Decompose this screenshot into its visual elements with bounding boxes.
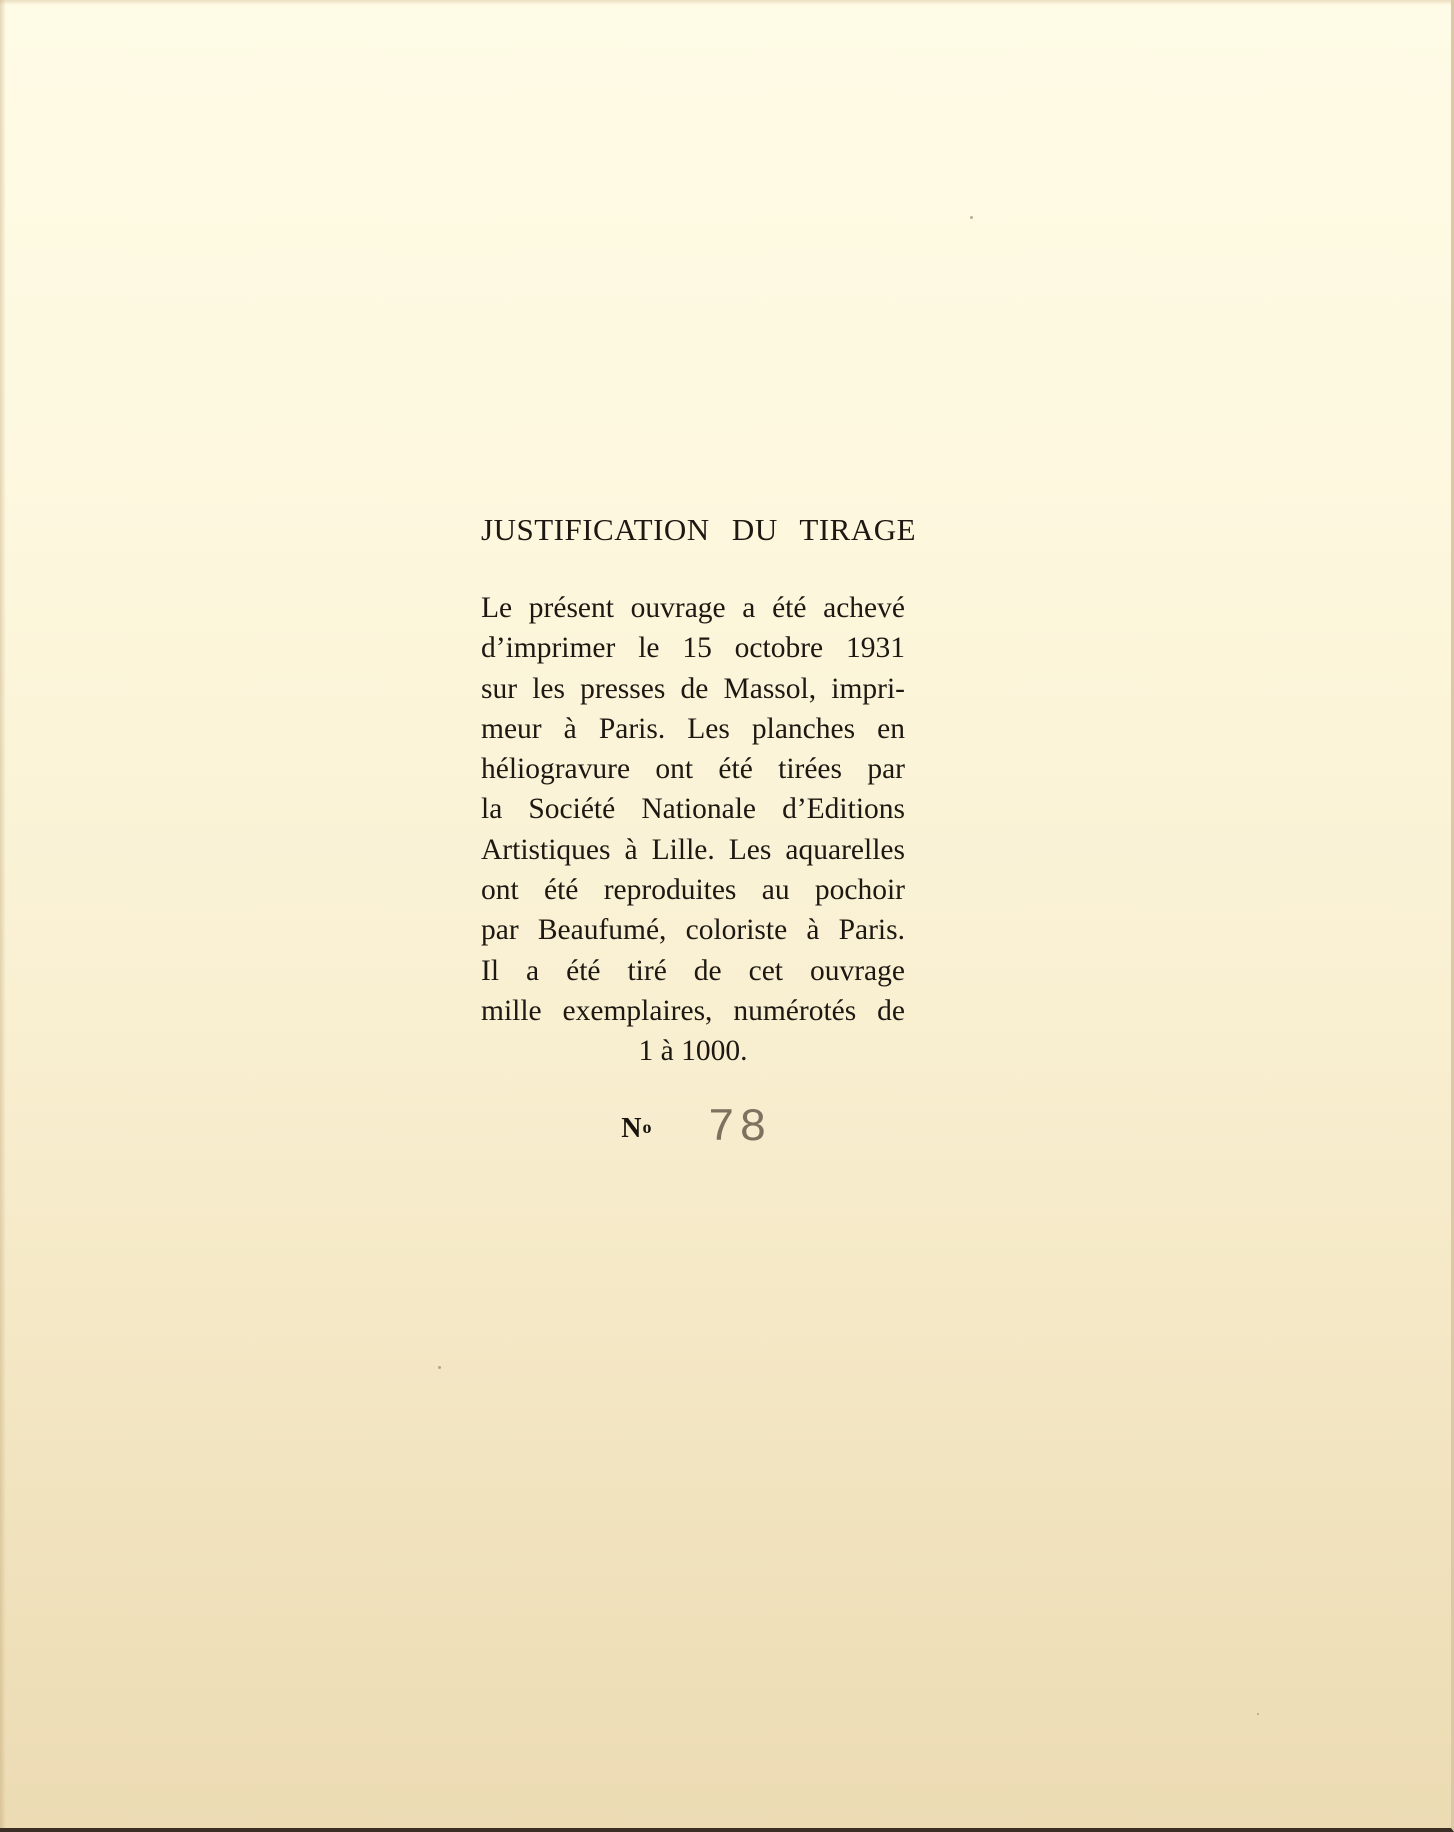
- paper-speck: [970, 216, 973, 219]
- colophon-line: ont été reproduites au pochoir: [481, 870, 905, 910]
- colophon-line: d’imprimer le 15 octobre 1931: [481, 628, 905, 668]
- colophon-block: JUSTIFICATION DU TIRAGE Le présent ouvra…: [481, 510, 905, 1154]
- colophon-line: sur les presses de Massol, impri-: [481, 669, 905, 709]
- numero-label-sup: o: [643, 1117, 652, 1137]
- colophon-line: héliogravure ont été tirées par: [481, 749, 905, 789]
- colophon-line: mille exemplaires, numérotés de: [481, 991, 905, 1031]
- stamped-copy-number: 78: [708, 1102, 771, 1154]
- colophon-line-last: 1 à 1000.: [481, 1031, 905, 1071]
- book-page: JUSTIFICATION DU TIRAGE Le présent ouvra…: [0, 0, 1454, 1832]
- numero-label-main: N: [621, 1113, 641, 1144]
- copy-number-line: No78: [481, 1102, 905, 1154]
- paper-speck: [1257, 1713, 1259, 1715]
- colophon-line: Artistiques à Lille. Les aquarelles: [481, 830, 905, 870]
- colophon-line: meur à Paris. Les planches en: [481, 709, 905, 749]
- numero-label: No: [621, 1113, 651, 1144]
- colophon-text: Le présent ouvrage a été achevé d’imprim…: [481, 588, 905, 1072]
- colophon-line: la Société Nationale d’Editions: [481, 789, 905, 829]
- colophon-line: par Beaufumé, coloriste à Paris.: [481, 910, 905, 950]
- colophon-line: Il a été tiré de cet ouvrage: [481, 951, 905, 991]
- paper-speck: [438, 1366, 441, 1369]
- colophon-line: Le présent ouvrage a été achevé: [481, 588, 905, 628]
- colophon-title: JUSTIFICATION DU TIRAGE: [481, 510, 905, 550]
